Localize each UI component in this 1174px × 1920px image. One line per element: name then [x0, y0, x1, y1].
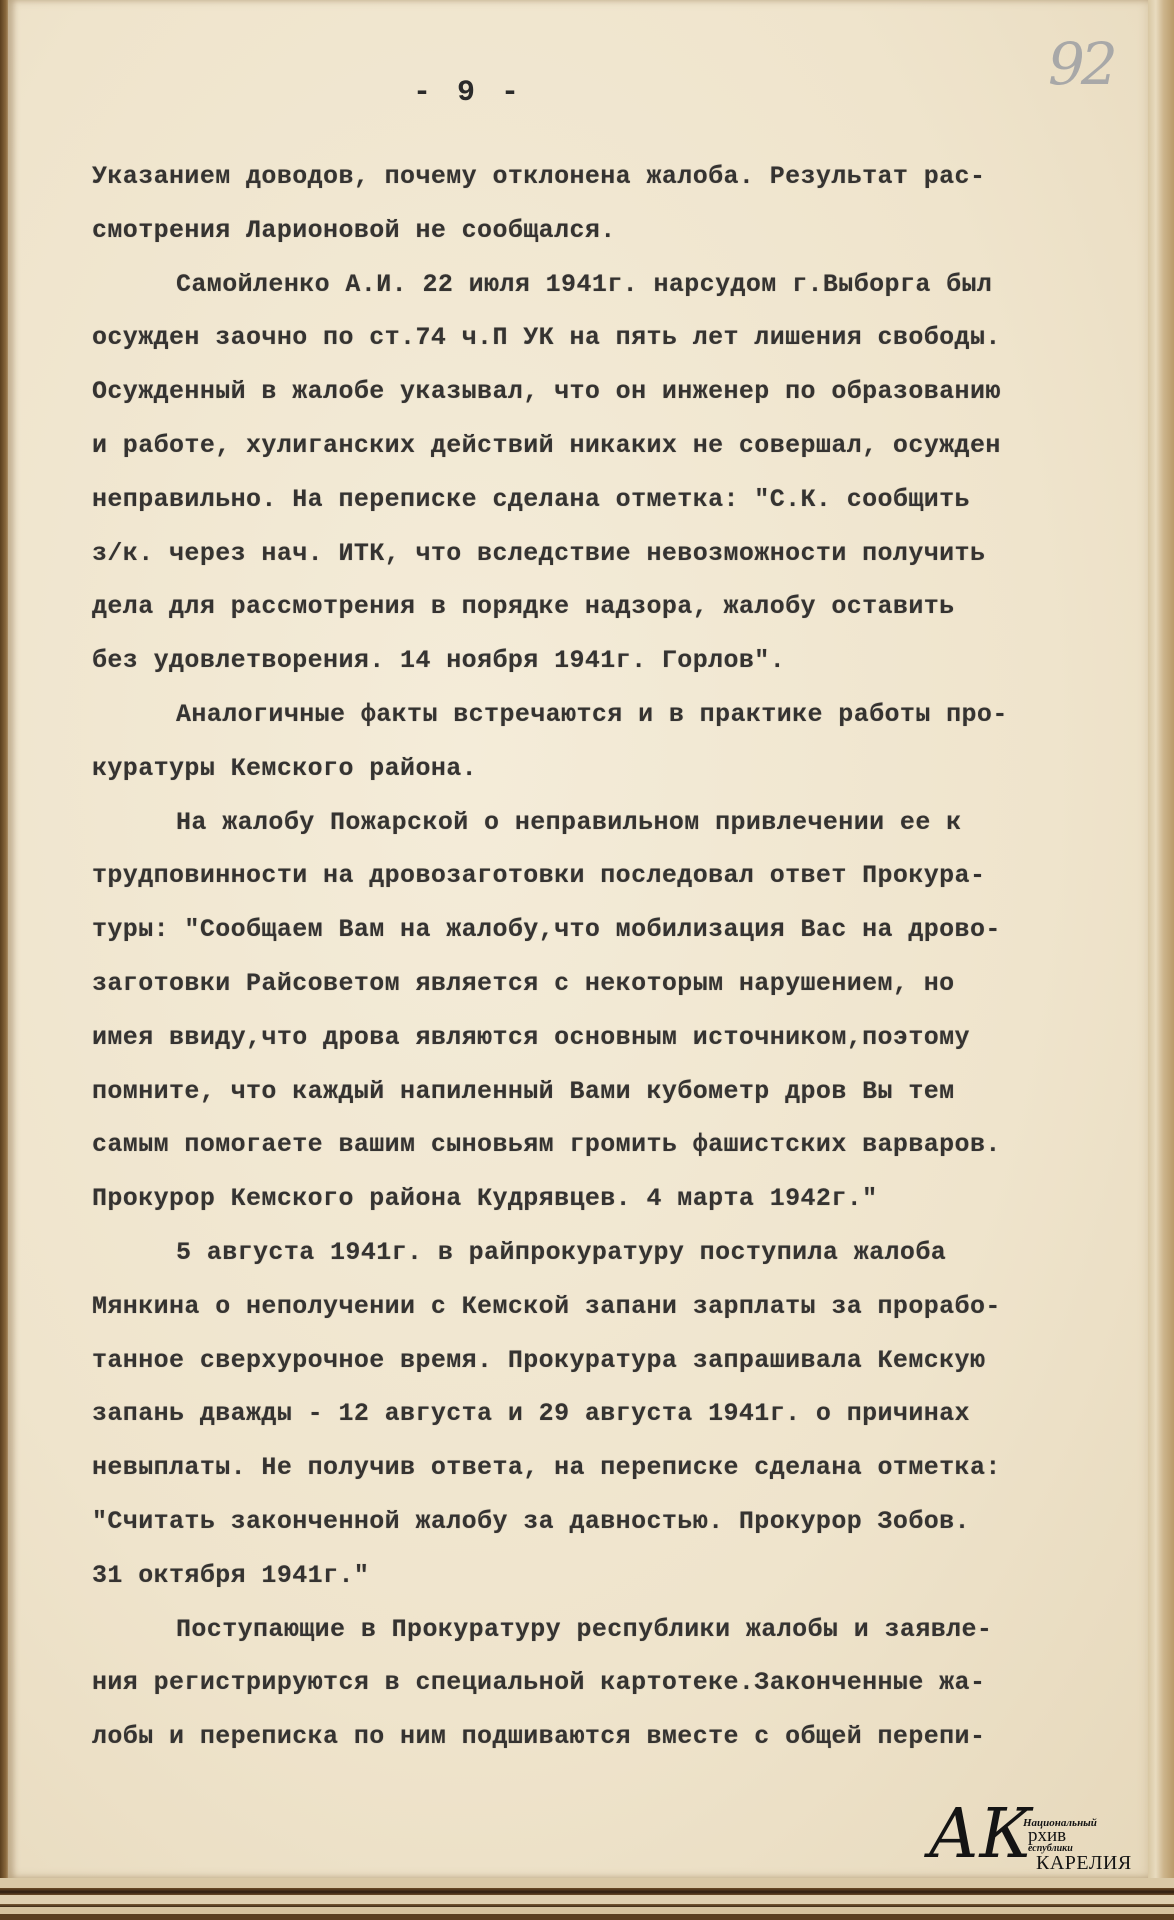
text-line: дела для рассмотрения в порядке надзора,…	[92, 580, 1132, 634]
text-line: невыплаты. Не получив ответа, на перепис…	[92, 1441, 1132, 1495]
text-line: помните, что каждый напиленный Вами кубо…	[92, 1065, 1132, 1119]
text-line: з/к. через нач. ИТК, что вследствие нево…	[92, 527, 1132, 581]
text-line: и работе, хулиганских действий никаких н…	[92, 419, 1132, 473]
text-line: трудповинности на дровозаготовки последо…	[92, 849, 1132, 903]
text-line: Прокурор Кемского района Кудрявцев. 4 ма…	[92, 1172, 1132, 1226]
text-line: Поступающие в Прокуратуру республики жал…	[92, 1603, 1132, 1657]
text-line: Осужденный в жалобе указывал, что он инж…	[92, 365, 1132, 419]
text-line: лобы и переписка по ним подшиваются вмес…	[92, 1710, 1132, 1764]
folio-number: 92	[1048, 30, 1114, 98]
page-number: - 9 -	[413, 76, 523, 110]
typewritten-body: Указанием доводов, почему отклонена жало…	[92, 150, 1132, 1764]
text-line: куратуры Кемского района.	[92, 742, 1132, 796]
text-line: без удовлетворения. 14 ноября 1941г. Гор…	[92, 634, 1132, 688]
archive-watermark-logo: АК Национальный рхив еспублики КАРЕЛИЯ	[928, 1815, 1168, 1875]
text-line: На жалобу Пожарской о неправильном привл…	[92, 796, 1132, 850]
text-line: Мянкина о неполучении с Кемской запани з…	[92, 1280, 1132, 1334]
text-line: запань дважды - 12 августа и 29 августа …	[92, 1387, 1132, 1441]
text-line: танное сверхурочное время. Прокуратура з…	[92, 1334, 1132, 1388]
archive-monogram-icon: АК	[928, 1805, 1032, 1865]
document-page: 92 - 9 - Указанием доводов, почему откло…	[8, 0, 1156, 1878]
text-line: Указанием доводов, почему отклонена жало…	[92, 150, 1132, 204]
text-line: 5 августа 1941г. в райпрокуратуру поступ…	[92, 1226, 1132, 1280]
text-line: туры: "Сообщаем Вам на жалобу,что мобили…	[92, 903, 1132, 957]
page-stack-bottom	[0, 1878, 1174, 1920]
text-line: самым помогаете вашим сыновьям громить ф…	[92, 1118, 1132, 1172]
page-right-edge	[1148, 0, 1174, 1878]
text-line: смотрения Ларионовой не сообщался.	[92, 204, 1132, 258]
text-line: Самойленко А.И. 22 июля 1941г. нарсудом …	[92, 258, 1132, 312]
text-line: 31 октября 1941г."	[92, 1549, 1132, 1603]
text-line: осужден заочно по ст.74 ч.П УК на пять л…	[92, 311, 1132, 365]
text-line: ния регистрируются в специальной картоте…	[92, 1656, 1132, 1710]
text-line: неправильно. На переписке сделана отметк…	[92, 473, 1132, 527]
logo-line-karelia: КАРЕЛИЯ	[1036, 1853, 1132, 1873]
text-line: Аналогичные факты встречаются и в практи…	[92, 688, 1132, 742]
text-line: "Считать законченной жалобу за давностью…	[92, 1495, 1132, 1549]
text-line: заготовки Райсоветом является с некоторы…	[92, 957, 1132, 1011]
text-line: имея ввиду,что дрова являются основным и…	[92, 1011, 1132, 1065]
